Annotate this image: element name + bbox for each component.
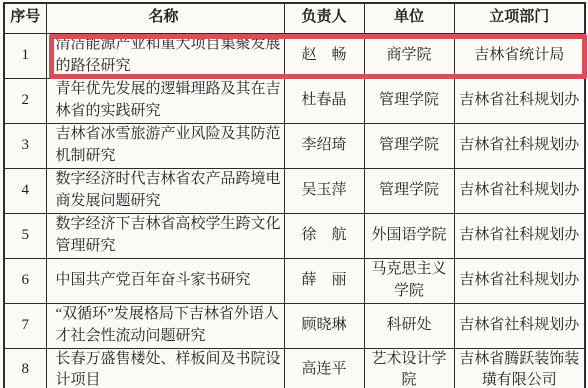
cell-department: 吉林省统计局	[454, 33, 585, 78]
cell-index: 7	[4, 303, 46, 348]
cell-leader: 赵 畅	[284, 33, 364, 78]
header-department: 立项部门	[454, 3, 585, 33]
cell-unit: 管理学院	[364, 168, 454, 213]
cell-unit: 管理学院	[364, 123, 454, 168]
header-unit: 单位	[364, 3, 454, 33]
cell-leader: 顾晓琳	[284, 303, 364, 348]
table-row-8: 8 长春万盛售楼处、样板间及书院设计项目 高连平 艺术设计学院 吉林省腾跃装饰装…	[4, 348, 585, 388]
cell-leader: 薛 丽	[284, 258, 364, 303]
table-row-5: 5 数字经济下吉林省高校学生跨文化管理研究 徐 航 外国语学院 吉林省社科规划办	[4, 213, 585, 258]
cell-leader: 李绍琦	[284, 123, 364, 168]
table-row-7: 7 “双循环”发展格局下吉林省外语人才社会性流动问题研究 顾晓琳 科研处 吉林省…	[4, 303, 585, 348]
cell-unit: 科研处	[364, 303, 454, 348]
cell-department: 吉林省社科规划办	[454, 258, 585, 303]
cell-name: 数字经济时代吉林省农产品跨境电商发展问题研究	[46, 168, 284, 213]
table-row-6: 6 中国共产党百年奋斗家书研究 薛 丽 马克思主义学院 吉林省社科规划办	[4, 258, 585, 303]
table-header-row: 序号 名称 负责人 单位 立项部门	[4, 3, 585, 33]
cell-index: 4	[4, 168, 46, 213]
cell-leader: 吴玉萍	[284, 168, 364, 213]
cell-department: 吉林省社科规划办	[454, 168, 585, 213]
cell-unit: 管理学院	[364, 78, 454, 123]
cell-name: 清洁能源产业和重大项目集聚发展的路径研究	[46, 33, 284, 78]
cell-index: 2	[4, 78, 46, 123]
table-row-1: 1 清洁能源产业和重大项目集聚发展的路径研究 赵 畅 商学院 吉林省统计局	[4, 33, 585, 78]
table-row-4: 4 数字经济时代吉林省农产品跨境电商发展问题研究 吴玉萍 管理学院 吉林省社科规…	[4, 168, 585, 213]
cell-name: 中国共产党百年奋斗家书研究	[46, 258, 284, 303]
project-table: 序号 名称 负责人 单位 立项部门 1 清洁能源产业和重大项目集聚发展的路径研究…	[3, 2, 586, 388]
cell-unit: 外国语学院	[364, 213, 454, 258]
cell-name: 长春万盛售楼处、样板间及书院设计项目	[46, 348, 284, 388]
cell-department: 吉林省社科规划办	[454, 123, 585, 168]
header-name: 名称	[46, 3, 284, 33]
header-index: 序号	[4, 3, 46, 33]
cell-index: 3	[4, 123, 46, 168]
cell-leader: 高连平	[284, 348, 364, 388]
cell-leader: 杜春晶	[284, 78, 364, 123]
cell-unit: 商学院	[364, 33, 454, 78]
table-row-3: 3 吉林省冰雪旅游产业风险及其防范机制研究 李绍琦 管理学院 吉林省社科规划办	[4, 123, 585, 168]
cell-index: 5	[4, 213, 46, 258]
cell-index: 8	[4, 348, 46, 388]
cell-leader: 徐 航	[284, 213, 364, 258]
cell-unit: 马克思主义学院	[364, 258, 454, 303]
cell-department: 吉林省腾跃装饰装璜有限公司	[454, 348, 585, 388]
cell-name: 吉林省冰雪旅游产业风险及其防范机制研究	[46, 123, 284, 168]
cell-name: 青年优先发展的逻辑理路及其在吉林省的实践研究	[46, 78, 284, 123]
cell-department: 吉林省社科规划办	[454, 213, 585, 258]
cell-department: 吉林省社科规划办	[454, 78, 585, 123]
cell-department: 吉林省社科规划办	[454, 303, 585, 348]
cell-name: “双循环”发展格局下吉林省外语人才社会性流动问题研究	[46, 303, 284, 348]
cell-index: 1	[4, 33, 46, 78]
document-page: 序号 名称 负责人 单位 立项部门 1 清洁能源产业和重大项目集聚发展的路径研究…	[0, 0, 588, 388]
cell-unit: 艺术设计学院	[364, 348, 454, 388]
cell-name: 数字经济下吉林省高校学生跨文化管理研究	[46, 213, 284, 258]
cell-index: 6	[4, 258, 46, 303]
header-leader: 负责人	[284, 3, 364, 33]
table-row-2: 2 青年优先发展的逻辑理路及其在吉林省的实践研究 杜春晶 管理学院 吉林省社科规…	[4, 78, 585, 123]
